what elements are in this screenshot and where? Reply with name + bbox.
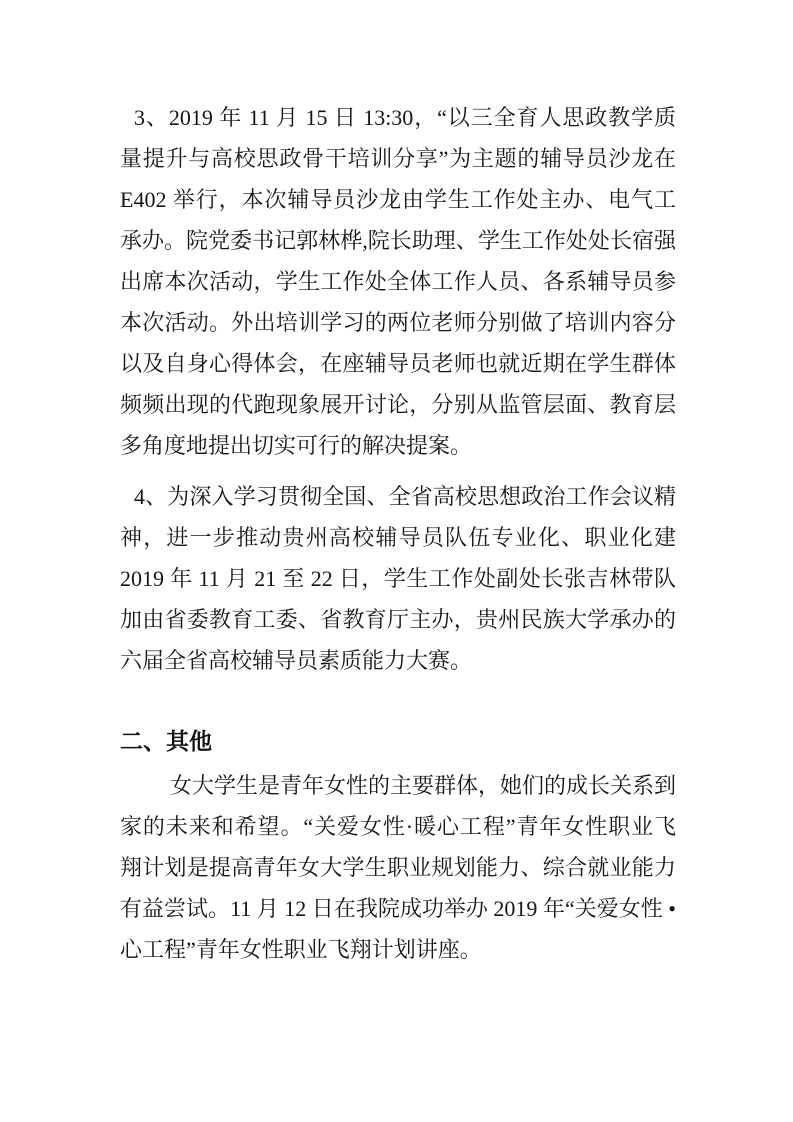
section-heading-other: 二、其他 — [120, 725, 676, 757]
text-line: 出席本次活动，学生工作处全体工作人员、各系辅导员参加 — [120, 261, 676, 302]
text-line: 4、为深入学习贯彻全国、全省高校思想政治工作会议精 — [120, 476, 676, 517]
text-line: 承办。院党委书记郭林桦,院长助理、学生工作处处长宿强 — [120, 220, 676, 261]
text-line: 六届全省高校辅导员素质能力大赛。 — [120, 640, 676, 681]
text-line: 本次活动。外出培训学习的两位老师分别做了培训内容分享 — [120, 302, 676, 343]
text-line: 加由省委教育工委、省教育厅主办，贵州民族大学承办的第 — [120, 599, 676, 640]
text-line: 以及自身心得体会，在座辅导员老师也就近期在学生群体中 — [120, 343, 676, 384]
text-line: 有益尝试。11 月 12 日在我院成功举办 2019 年“关爱女性 •暖 — [120, 888, 676, 929]
paragraph-other: 女大学生是青年女性的主要群体，她们的成长关系到国 家的未来和希望。“关爱女性·暖… — [120, 765, 676, 970]
paragraph-item-3: 3、2019 年 11 月 15 日 13:30，“以三全育人思政教学质 量提升… — [120, 97, 676, 466]
text-line: 翔计划是提高青年女大学生职业规划能力、综合就业能力的 — [120, 847, 676, 888]
text-line: 家的未来和希望。“关爱女性·暖心工程”青年女性职业飞 — [120, 806, 676, 847]
document-page: 3、2019 年 11 月 15 日 13:30，“以三全育人思政教学质 量提升… — [0, 0, 793, 1122]
text-line: 频频出现的代跑现象展开讨论，分别从监管层面、教育层面， — [120, 384, 676, 425]
paragraph-item-4: 4、为深入学习贯彻全国、全省高校思想政治工作会议精 神，进一步推动贵州高校辅导员… — [120, 476, 676, 681]
text-line: 量提升与高校思政骨干培训分享”为主题的辅导员沙龙在 — [120, 138, 676, 179]
text-line: 2019 年 11 月 21 至 22 日，学生工作处副处长张吉林带队参 — [120, 558, 676, 599]
text-line: 心工程”青年女性职业飞翔计划讲座。 — [120, 929, 676, 970]
text-line: 神，进一步推动贵州高校辅导员队伍专业化、职业化建设， — [120, 517, 676, 558]
text-line: E402 举行，本次辅导员沙龙由学生工作处主办、电气工程系 — [120, 179, 676, 220]
document-text-block: 3、2019 年 11 月 15 日 13:30，“以三全育人思政教学质 量提升… — [0, 0, 793, 970]
text-line: 女大学生是青年女性的主要群体，她们的成长关系到国 — [120, 765, 676, 806]
text-line: 多角度地提出切实可行的解决提案。 — [120, 425, 676, 466]
text-line: 3、2019 年 11 月 15 日 13:30，“以三全育人思政教学质 — [120, 97, 676, 138]
